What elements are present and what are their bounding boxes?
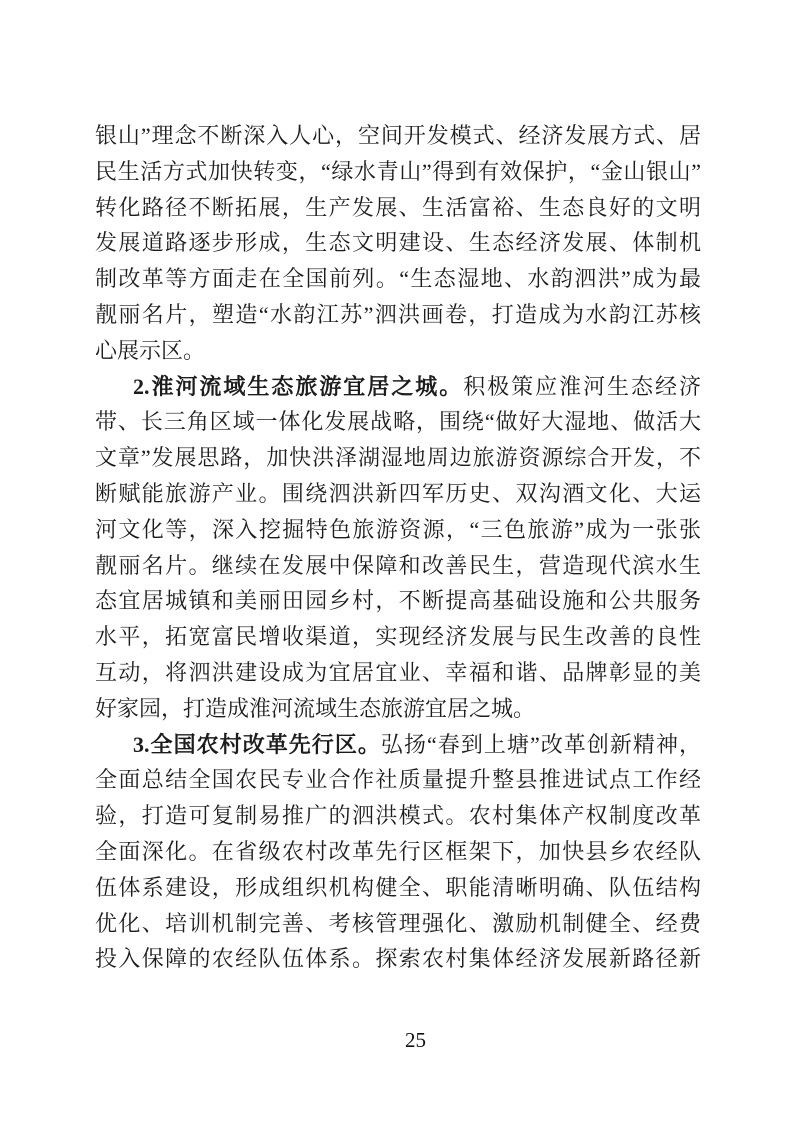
paragraph-heading: 2.淮河流域生态旅游宜居之城。 (133, 374, 463, 399)
document-page: 银山”理念不断深入人心，空间开发模式、经济发展方式、居民生活方式加快转变，“绿水… (0, 0, 793, 1122)
text-line: 制改革等方面走在全国前列。“生态湿地、水韵泗洪”成为最 (95, 261, 701, 297)
text-line: 银山”理念不断深入人心，空间开发模式、经济发展方式、居 (95, 118, 701, 154)
text-line: 验，打造可复制易推广的泗洪模式。农村集体产权制度改革 (95, 798, 701, 834)
text-line: 好家园，打造成淮河流域生态旅游宜居之城。 (95, 691, 701, 727)
text-line: 文章”发展思路，加快洪泽湖湿地周边旅游资源综合开发，不 (95, 440, 701, 476)
text-line: 3.全国农村改革先行区。弘扬“春到上塘”改革创新精神， (95, 727, 701, 763)
text-line: 靓丽名片。继续在发展中保障和改善民生，营造现代滨水生 (95, 548, 701, 584)
text-line: 全面深化。在省级农村改革先行区框架下，加快县乡农经队 (95, 834, 701, 870)
text-line: 优化、培训机制完善、考核管理强化、激励机制健全、经费 (95, 906, 701, 942)
text-line: 态宜居城镇和美丽田园乡村，不断提高基础设施和公共服务 (95, 583, 701, 619)
text-line: 民生活方式加快转变，“绿水青山”得到有效保护，“金山银山” (95, 154, 701, 190)
text-line: 全面总结全国农民专业合作社质量提升整县推进试点工作经 (95, 762, 701, 798)
text-line: 靓丽名片，塑造“水韵江苏”泗洪画卷，打造成为水韵江苏核 (95, 297, 701, 333)
text-line: 河文化等，深入挖掘特色旅游资源，“三色旅游”成为一张张 (95, 512, 701, 548)
text-line: 伍体系建设，形成组织机构健全、职能清晰明确、队伍结构 (95, 870, 701, 906)
text-line: 转化路径不断拓展，生产发展、生活富裕、生态良好的文明 (95, 190, 701, 226)
text-line: 带、长三角区域一体化发展战略，围绕“做好大湿地、做活大 (95, 404, 701, 440)
text-line: 发展道路逐步形成，生态文明建设、生态经济发展、体制机 (95, 225, 701, 261)
text-line: 水平，拓宽富民增收渠道，实现经济发展与民生改善的良性 (95, 619, 701, 655)
text-block: 银山”理念不断深入人心，空间开发模式、经济发展方式、居民生活方式加快转变，“绿水… (95, 118, 701, 977)
paragraph-heading: 3.全国农村改革先行区。 (133, 732, 381, 757)
text-line: 心展示区。 (95, 333, 701, 369)
text-line: 断赋能旅游产业。围绕泗洪新四军历史、双沟酒文化、大运 (95, 476, 701, 512)
text-line: 投入保障的农经队伍体系。探索农村集体经济发展新路径新 (95, 941, 701, 977)
text-line: 2.淮河流域生态旅游宜居之城。积极策应淮河生态经济 (95, 369, 701, 405)
page-number: 25 (0, 1028, 793, 1053)
text-line: 互动，将泗洪建设成为宜居宜业、幸福和谐、品牌彰显的美 (95, 655, 701, 691)
